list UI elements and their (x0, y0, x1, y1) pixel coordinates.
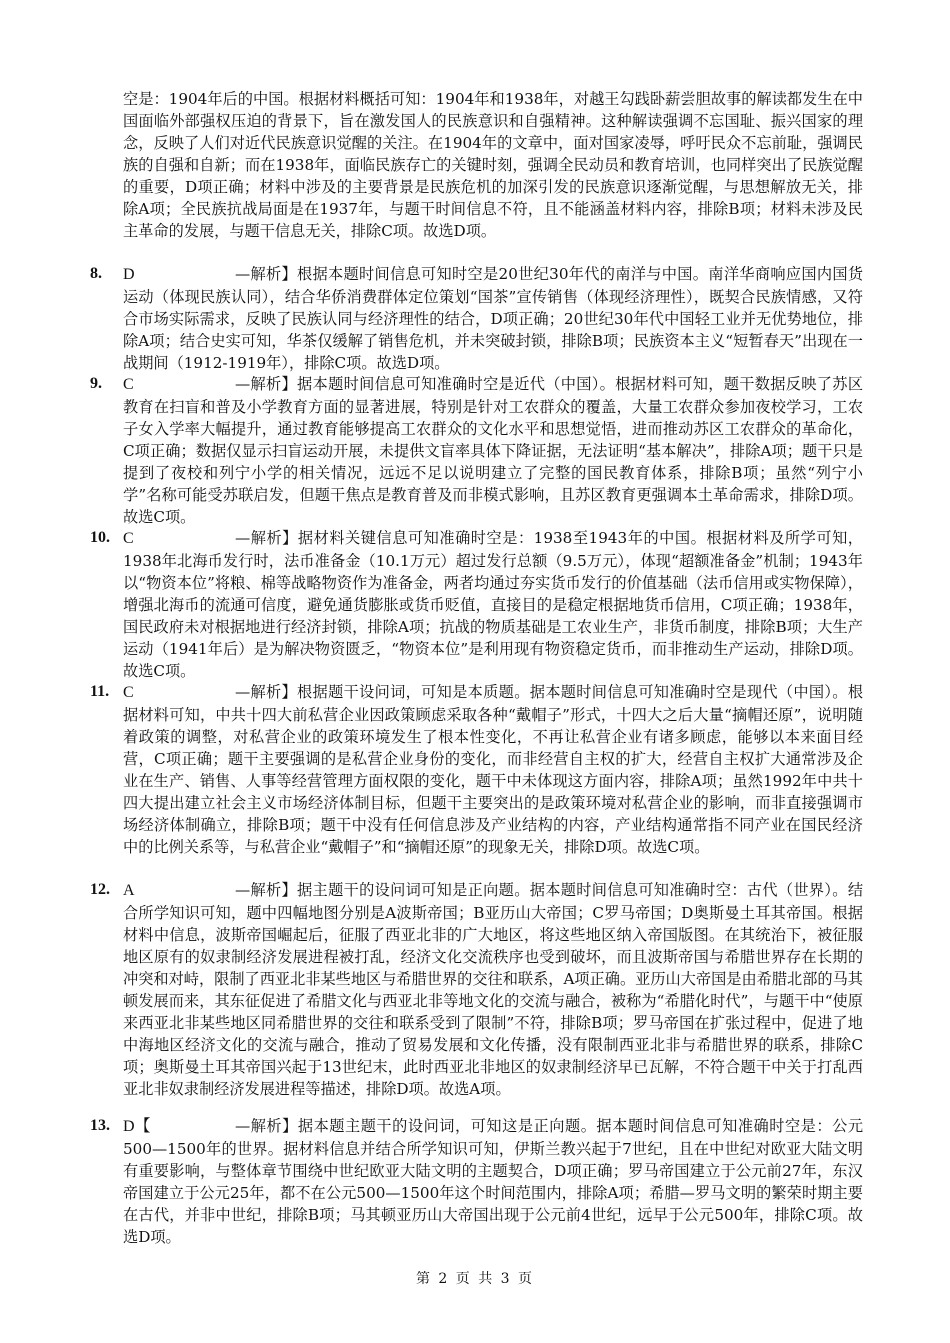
question-number: 11. (90, 681, 109, 703)
q7-explanation-continuation: 空是：1904年后的中国。根据材料概括可知：1904年和1938年，对越王勾践卧… (123, 88, 863, 242)
question-number: 10. (90, 527, 110, 549)
question-13: 13. D【—解析】据本题主题干的设问词，可知这是正向题。据本题时间信息可知准确… (90, 1115, 863, 1248)
answer-letter: A (123, 880, 235, 902)
question-number: 9. (90, 373, 102, 395)
analysis-label: —解析】 (235, 881, 297, 899)
analysis-text: 据主题干的设问词可知是正向题。据本题时间信息可知准确时空：古代（世界）。结合所学… (123, 881, 863, 1098)
document-page: 空是：1904年后的中国。根据材料概括可知：1904年和1938年，对越王勾践卧… (0, 0, 950, 1343)
answer-letter: C (123, 374, 235, 396)
question-8: 8. D—解析】根据本题时间信息可知时空是20世纪30年代的南洋与中国。南洋华商… (90, 263, 863, 374)
question-number: 8. (90, 263, 102, 285)
answer-letter: C (123, 528, 235, 550)
analysis-label: —解析】 (235, 375, 297, 393)
analysis-label: —解析】 (235, 1117, 298, 1135)
analysis-label: —解析】 (235, 529, 298, 547)
question-number: 12. (90, 879, 110, 901)
answer-letter: D【 (123, 1116, 235, 1138)
question-12: 12. A—解析】据主题干的设问词可知是正向题。据本题时间信息可知准确时空：古代… (90, 879, 863, 1100)
question-number: 13. (90, 1115, 110, 1137)
answer-letter: D (123, 264, 235, 286)
analysis-label: —解析】 (235, 683, 297, 701)
page-number-footer: 第 2 页 共 3 页 (0, 1268, 950, 1288)
question-9: 9. C—解析】据本题时间信息可知准确时空是近代（中国）。根据材料可知，题干数据… (90, 373, 863, 528)
analysis-text: 据材料关键信息可知准确时空是：1938至1943年的中国。根据材料及所学可知，1… (123, 529, 863, 680)
analysis-text: 根据题干设问词，可知是本质题。据本题时间信息可知准确时空是现代（中国）。根据材料… (123, 683, 863, 856)
question-10: 10. C—解析】据材料关键信息可知准确时空是：1938至1943年的中国。根据… (90, 527, 863, 682)
analysis-label: —解析】 (235, 265, 297, 283)
analysis-text: 据本题时间信息可知准确时空是近代（中国）。根据材料可知，题干数据反映了苏区教育在… (123, 375, 863, 526)
answer-letter: C (123, 682, 235, 704)
question-11: 11. C—解析】根据题干设问词，可知是本质题。据本题时间信息可知准确时空是现代… (90, 681, 863, 858)
